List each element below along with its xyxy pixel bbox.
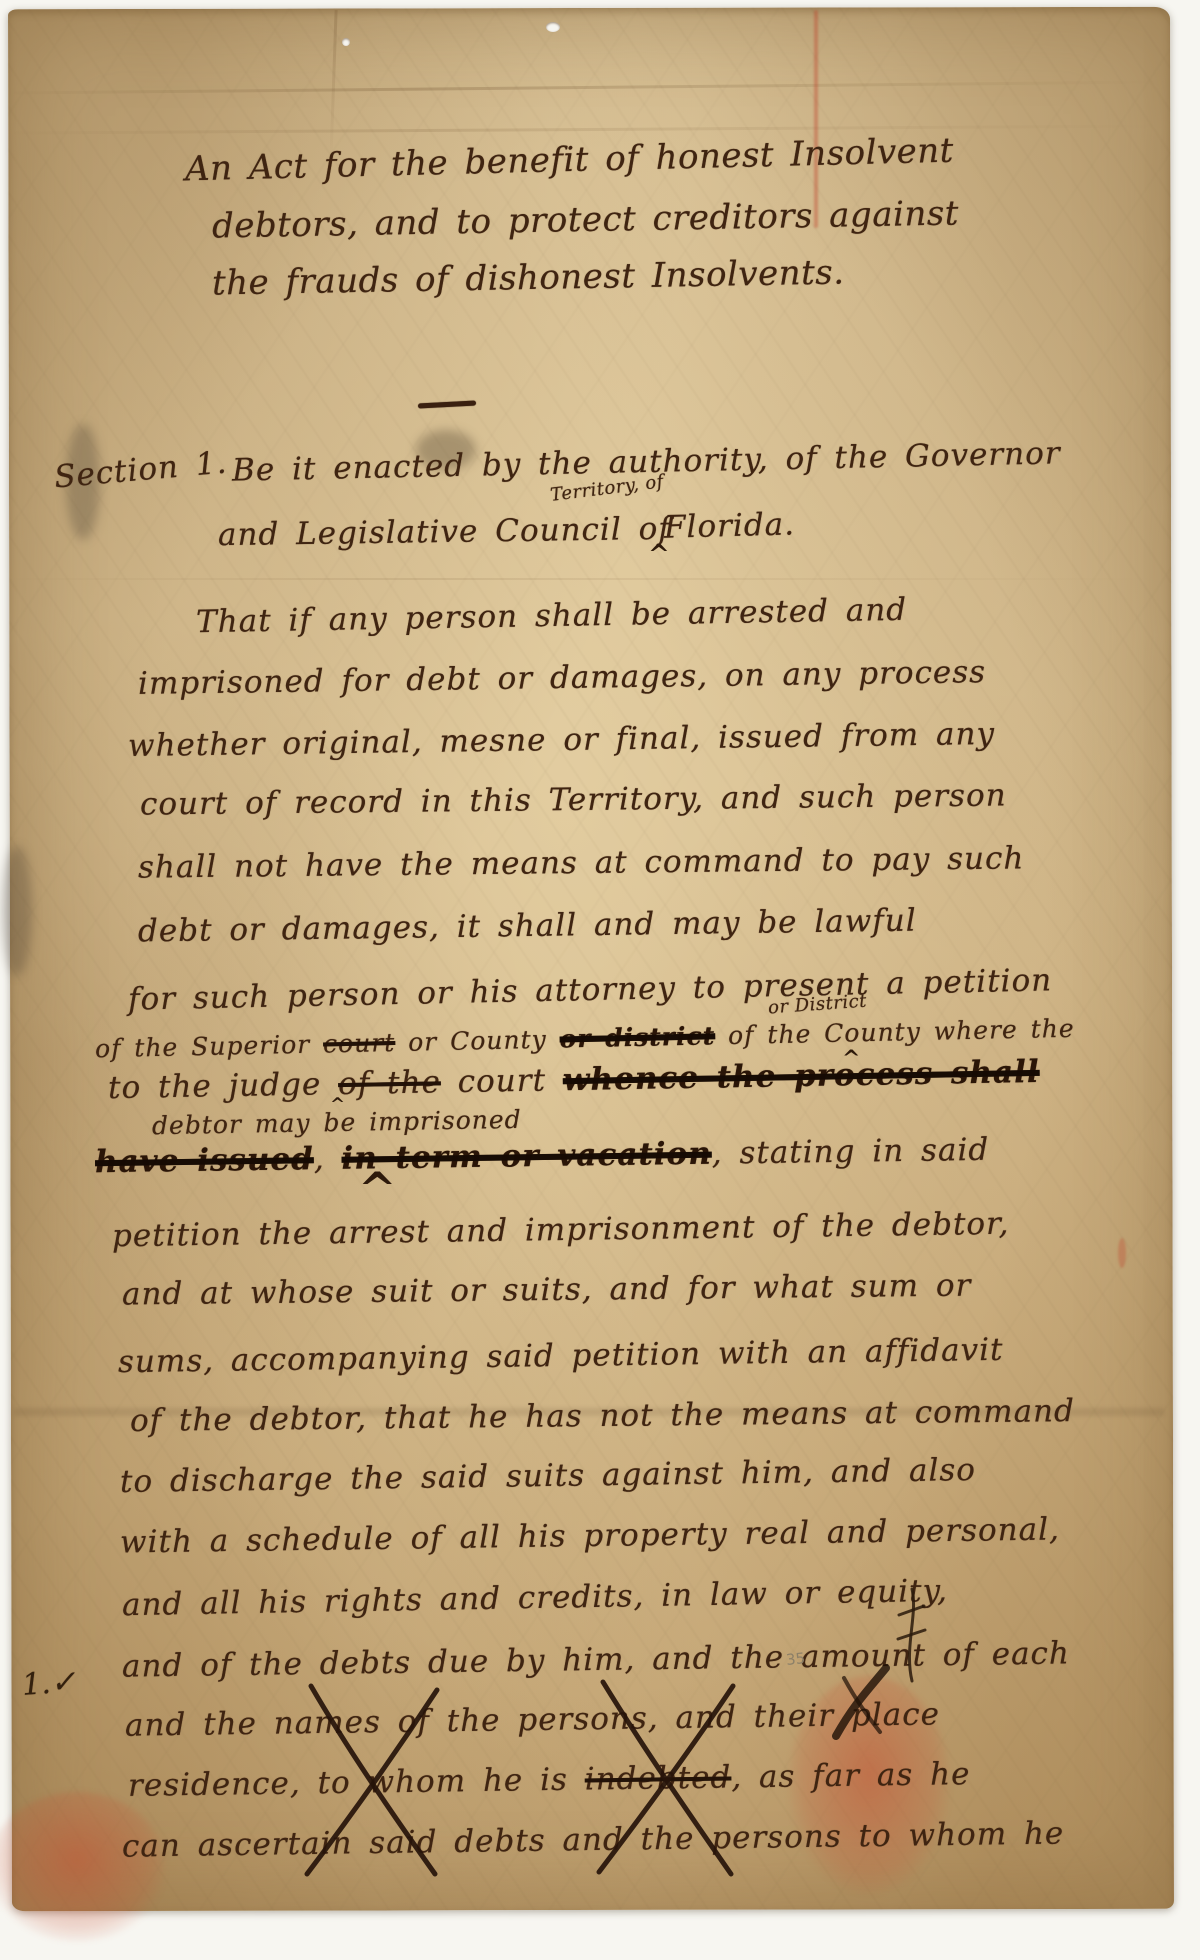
paper-hole — [342, 38, 350, 46]
edit-text: or County — [395, 1025, 560, 1057]
body-text: , as far as he — [731, 1756, 971, 1795]
council-line-start: and Legislative Council of — [218, 511, 671, 553]
struck-text: or district — [559, 1021, 715, 1053]
edit-text: court — [441, 1062, 564, 1100]
pencil-number: 35 — [785, 1649, 806, 1669]
insertion-caret: ^ — [358, 1162, 397, 1216]
crossout-x-mark — [295, 1680, 450, 1880]
struck-text: of the — [338, 1064, 441, 1102]
struck-text: in term or vacation — [341, 1136, 712, 1177]
ink-blot-mark — [824, 1662, 894, 1742]
margin-tally-mark: 1.✓ — [21, 1664, 77, 1703]
struck-text: have issued — [95, 1141, 314, 1180]
council-line-end: Florida. — [664, 506, 796, 545]
edit-text: of the County — [715, 1017, 921, 1050]
scanned-manuscript-page: An Act for the benefit of honest Insolve… — [0, 0, 1200, 1960]
insertion-caret: ^ — [330, 1094, 345, 1115]
edit-text: , stating in said — [711, 1132, 989, 1172]
edit-text: to the judge — [108, 1066, 339, 1106]
ink-scratch-mark — [893, 1585, 929, 1685]
edit-text: , — [314, 1141, 342, 1177]
struck-text: court — [323, 1028, 396, 1059]
edit-text: where the — [920, 1014, 1074, 1046]
edit-text: of the Superior — [95, 1029, 324, 1063]
crossout-x-mark — [585, 1674, 745, 1880]
paper-hole — [546, 22, 560, 32]
